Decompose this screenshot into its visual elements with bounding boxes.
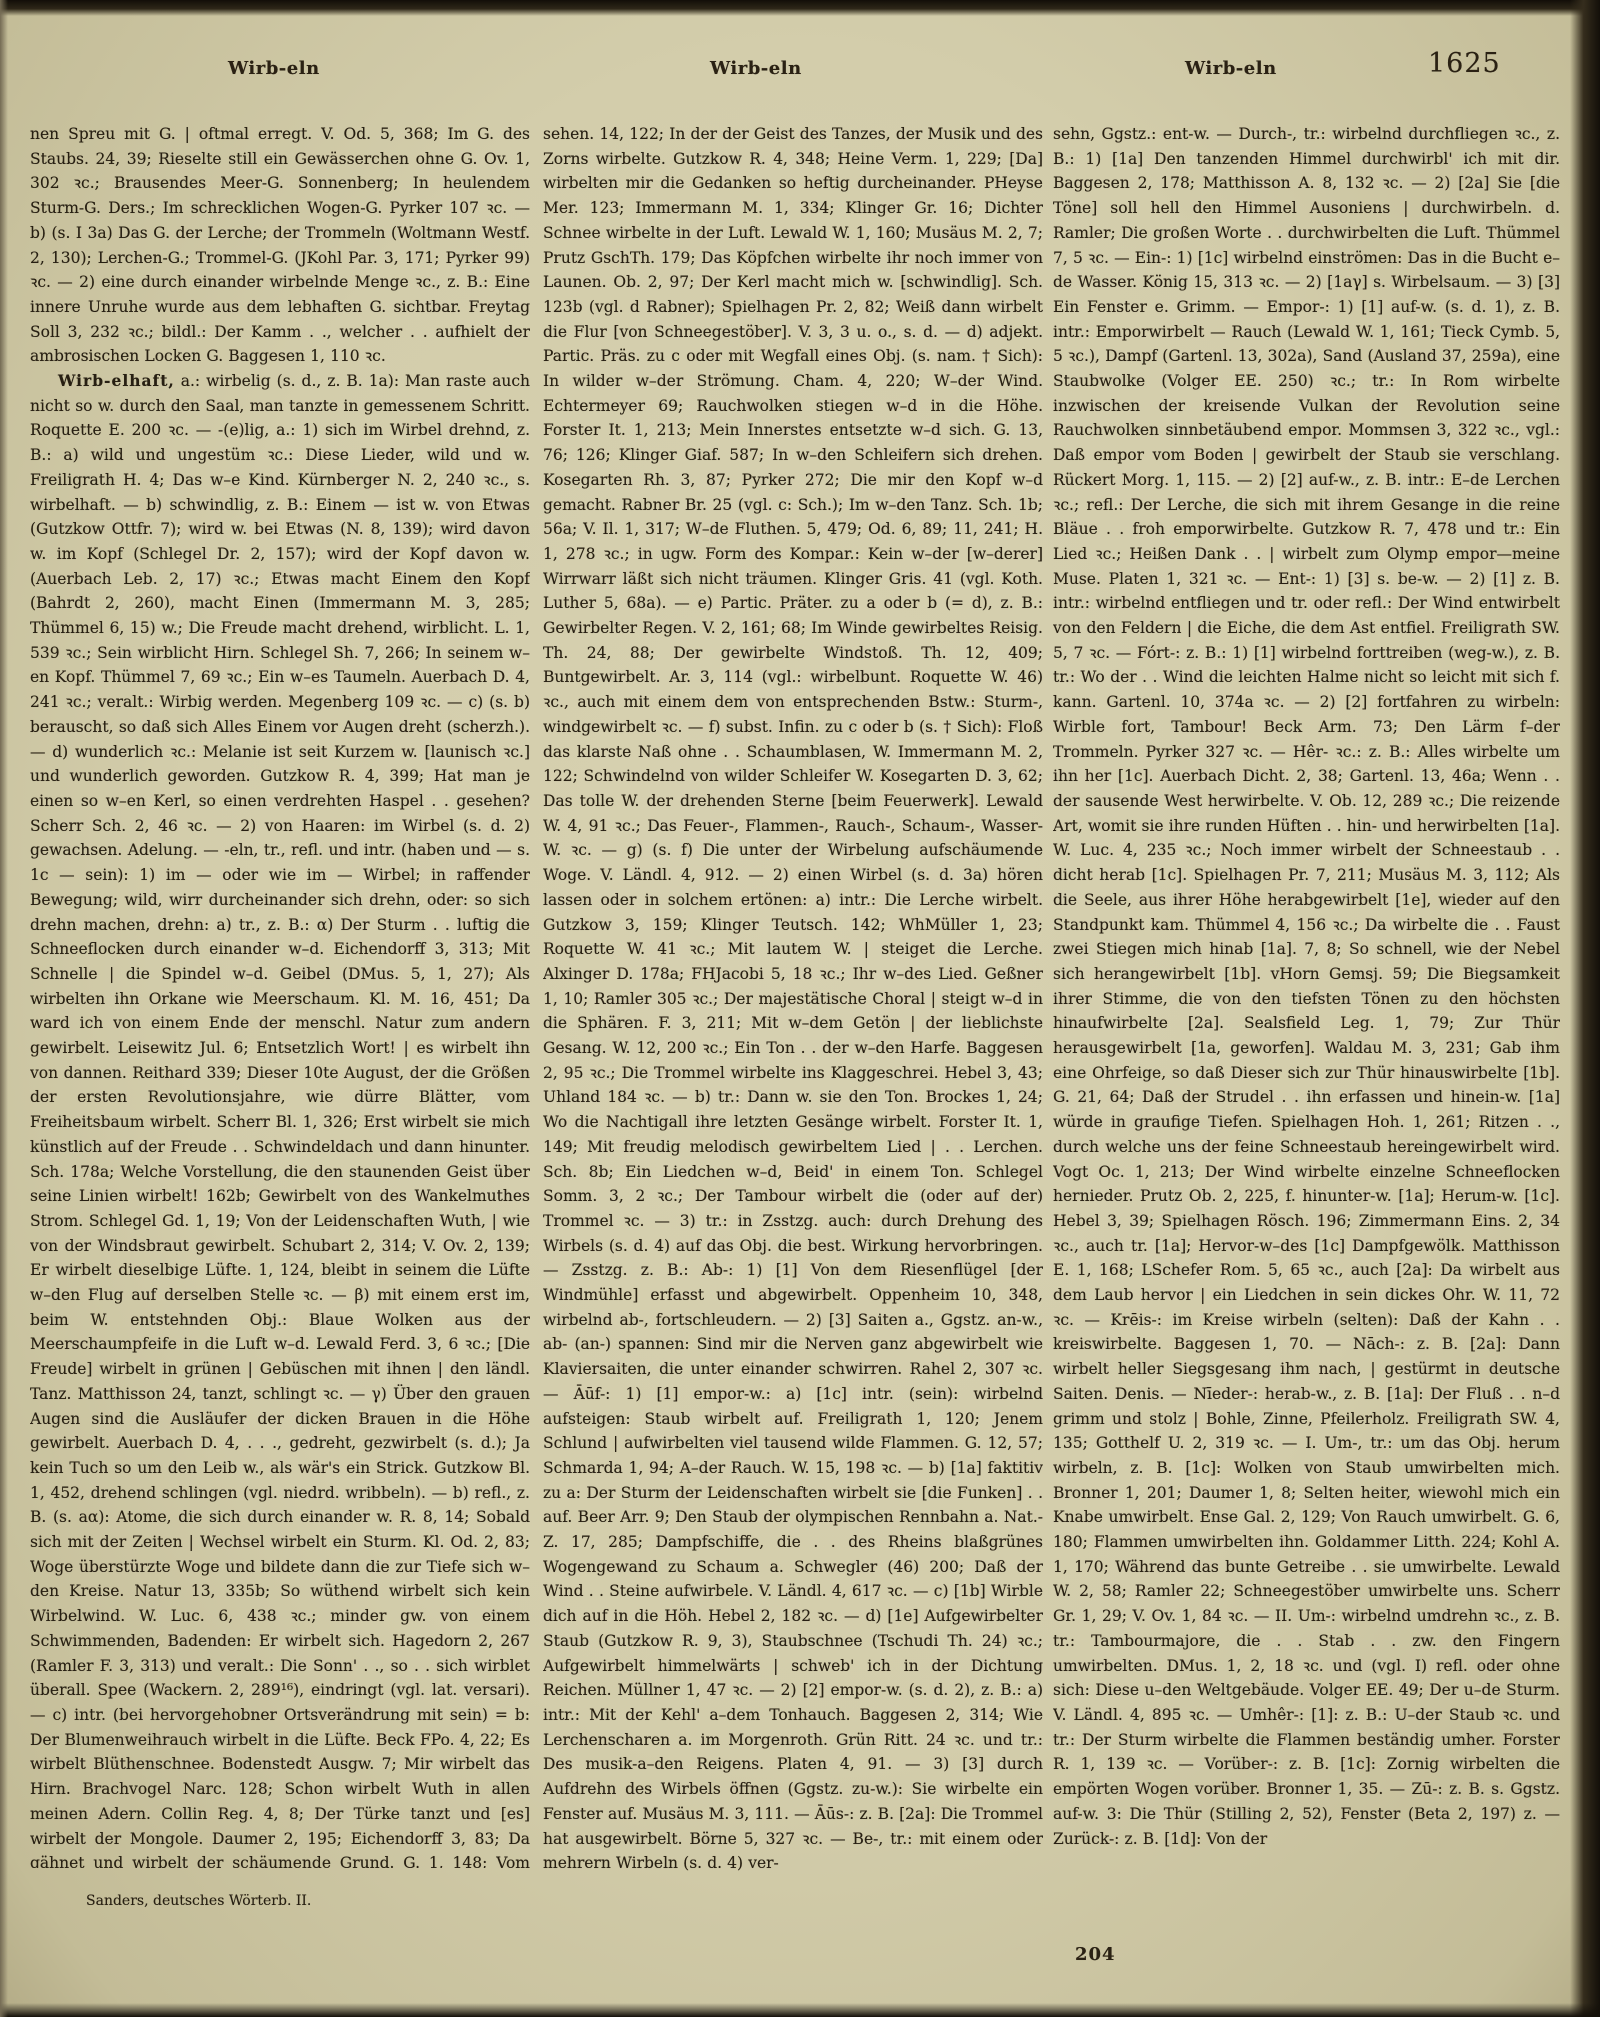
sheet-number: 204 — [1075, 1944, 1116, 1965]
running-title-column-2: Wirb-eln — [710, 58, 802, 79]
volume-signature: Sanders, deutsches Wörterb. II. — [86, 1893, 311, 1909]
scan-edge-bottom — [0, 2003, 1600, 2017]
dictionary-page-scan: Wirb-eln Wirb-eln Wirb-eln 1625 nen Spre… — [0, 0, 1600, 2017]
text-column-3: sehn, Ggstz.: ent-w. — Durch-, tr.: wirb… — [1053, 122, 1560, 1890]
scan-edge-top — [0, 0, 1600, 16]
scan-edge-left — [0, 0, 8, 2017]
page-number: 1625 — [1428, 48, 1501, 79]
dictionary-paragraph: sehn, Ggstz.: ent-w. — Durch-, tr.: wirb… — [1053, 122, 1560, 1851]
dictionary-paragraph: nen Spreu mit G. | oftmal erregt. V. Od.… — [30, 122, 530, 369]
entry-headword: Wirb-elhaft, — [58, 371, 175, 390]
dictionary-paragraph: Wirb-elhaft, a.: wirbelig (s. d., z. B. … — [30, 369, 530, 1868]
running-title-column-3: Wirb-eln — [1185, 58, 1277, 79]
text-column-1: nen Spreu mit G. | oftmal erregt. V. Od.… — [30, 122, 530, 1868]
running-title-column-1: Wirb-eln — [228, 58, 320, 79]
scan-edge-right — [1570, 0, 1600, 2017]
text-column-2: sehen. 14, 122; In der der Geist des Tan… — [543, 122, 1043, 1890]
dictionary-paragraph: sehen. 14, 122; In der der Geist des Tan… — [543, 122, 1043, 1876]
